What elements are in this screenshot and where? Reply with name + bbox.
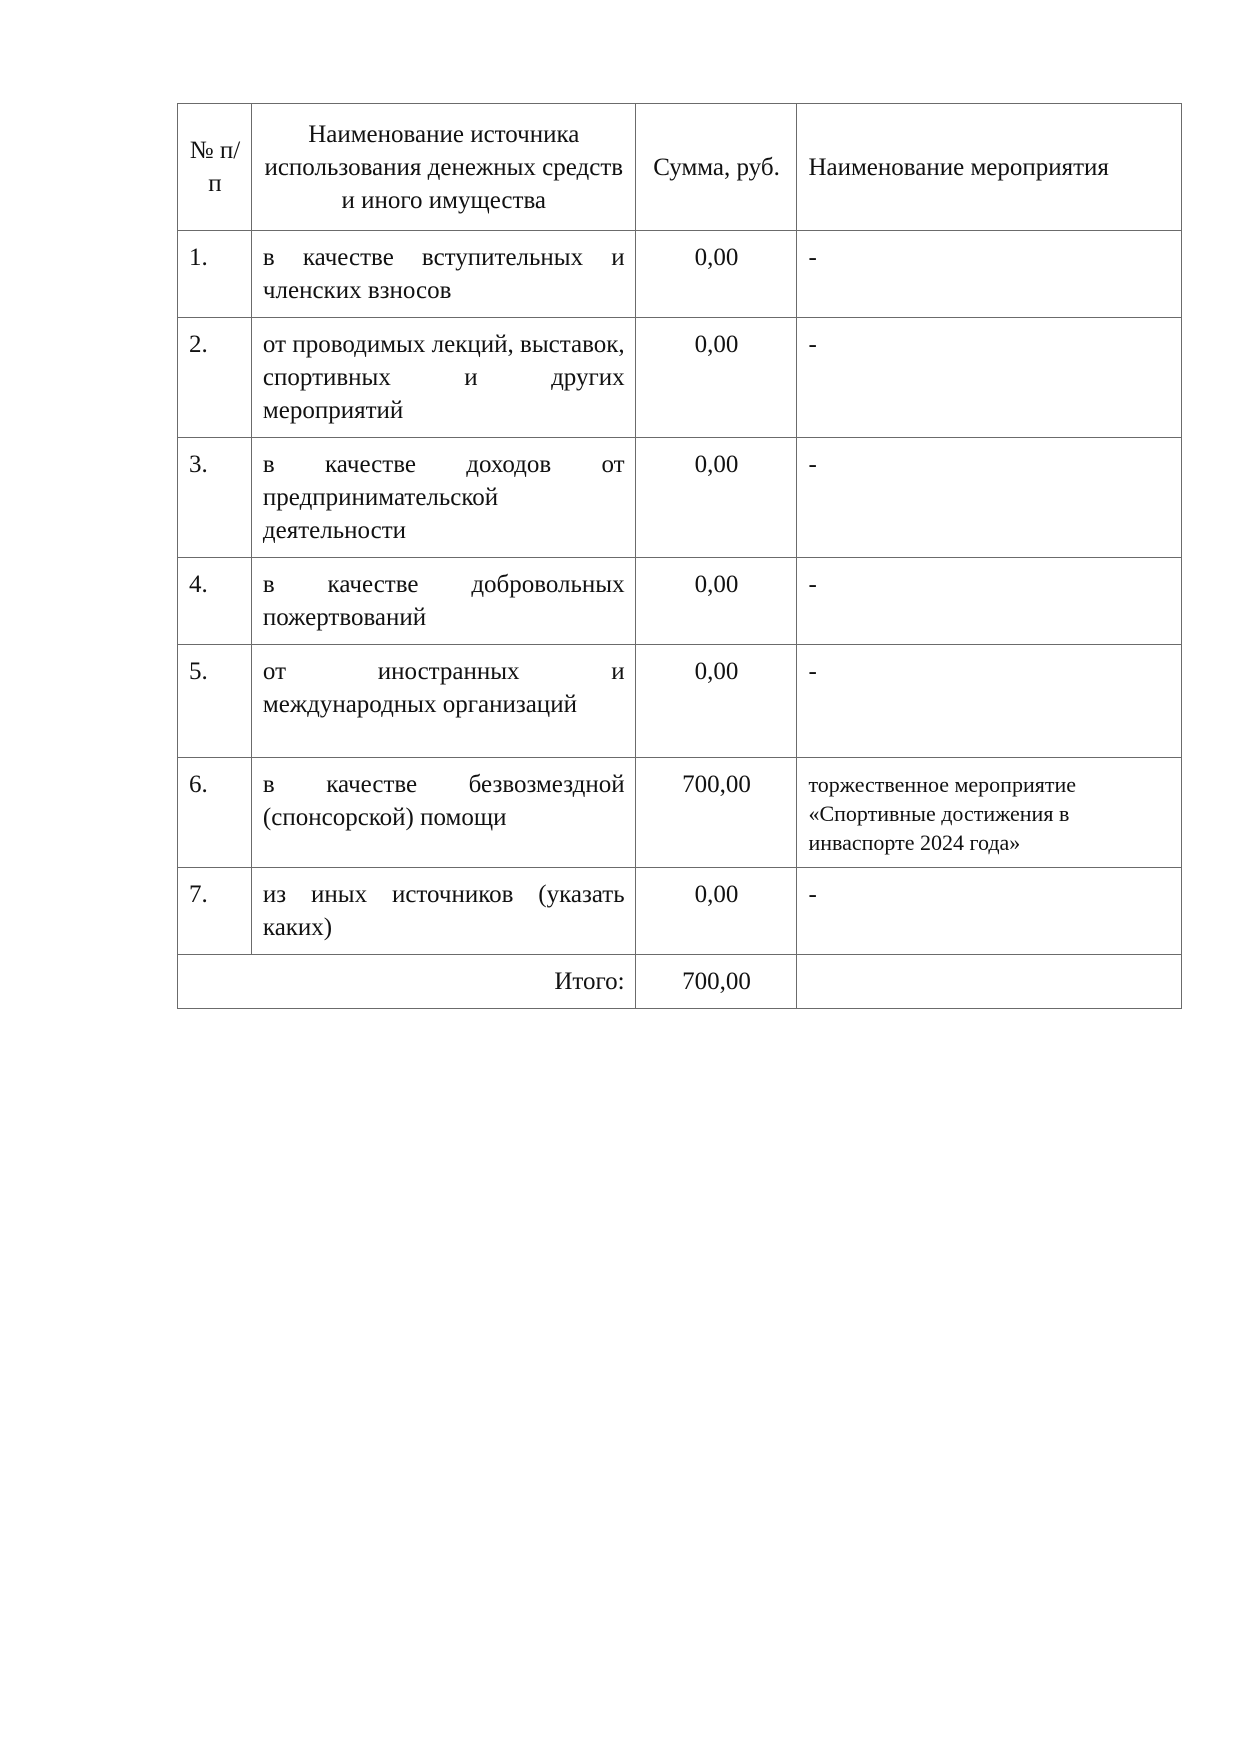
table-row: 7. из иных источников (указать каких) 0,…	[178, 868, 1182, 955]
row-amount: 0,00	[635, 231, 797, 318]
row-num: 1.	[178, 231, 252, 318]
total-amount: 700,00	[635, 955, 797, 1009]
row-event: -	[797, 868, 1182, 955]
row-num: 3.	[178, 438, 252, 558]
total-label: Итого:	[178, 955, 636, 1009]
row-amount: 0,00	[635, 868, 797, 955]
funds-usage-table: № п/п Наименование источника использован…	[177, 103, 1182, 1009]
table-row: 4. в качестве добровольных пожертвований…	[178, 558, 1182, 645]
table-total-row: Итого: 700,00	[178, 955, 1182, 1009]
row-num: 2.	[178, 318, 252, 438]
header-num: № п/п	[178, 104, 252, 231]
row-source: от проводимых лекций, выставок, спортивн…	[251, 318, 635, 438]
row-source: в качестве безвозмездной (спонсорской) п…	[251, 758, 635, 868]
row-source: от иностранных и международных организац…	[251, 645, 635, 758]
row-event: -	[797, 438, 1182, 558]
row-event: торжественное мероприятие «Спортивные до…	[797, 758, 1182, 868]
table-row: 1. в качестве вступительных и членских в…	[178, 231, 1182, 318]
row-source: в качестве вступительных и членских взно…	[251, 231, 635, 318]
header-amount: Сумма, руб.	[635, 104, 797, 231]
row-amount: 0,00	[635, 558, 797, 645]
row-source: из иных источников (указать каких)	[251, 868, 635, 955]
row-num: 5.	[178, 645, 252, 758]
row-num: 7.	[178, 868, 252, 955]
row-amount: 0,00	[635, 318, 797, 438]
table-row: 6. в качестве безвозмездной (спонсорской…	[178, 758, 1182, 868]
header-source: Наименование источника использования ден…	[251, 104, 635, 231]
table-row: 3. в качестве доходов от предприниматель…	[178, 438, 1182, 558]
table-row: 2. от проводимых лекций, выставок, спорт…	[178, 318, 1182, 438]
header-event: Наименование мероприятия	[797, 104, 1182, 231]
row-amount: 700,00	[635, 758, 797, 868]
row-source: в качестве доходов от предпринимательско…	[251, 438, 635, 558]
table-row: 5. от иностранных и международных органи…	[178, 645, 1182, 758]
table-header-row: № п/п Наименование источника использован…	[178, 104, 1182, 231]
row-num: 6.	[178, 758, 252, 868]
row-event: -	[797, 558, 1182, 645]
row-event: -	[797, 645, 1182, 758]
row-event: -	[797, 231, 1182, 318]
row-num: 4.	[178, 558, 252, 645]
total-event	[797, 955, 1182, 1009]
row-amount: 0,00	[635, 438, 797, 558]
row-source: в качестве добровольных пожертвований	[251, 558, 635, 645]
row-event: -	[797, 318, 1182, 438]
row-amount: 0,00	[635, 645, 797, 758]
